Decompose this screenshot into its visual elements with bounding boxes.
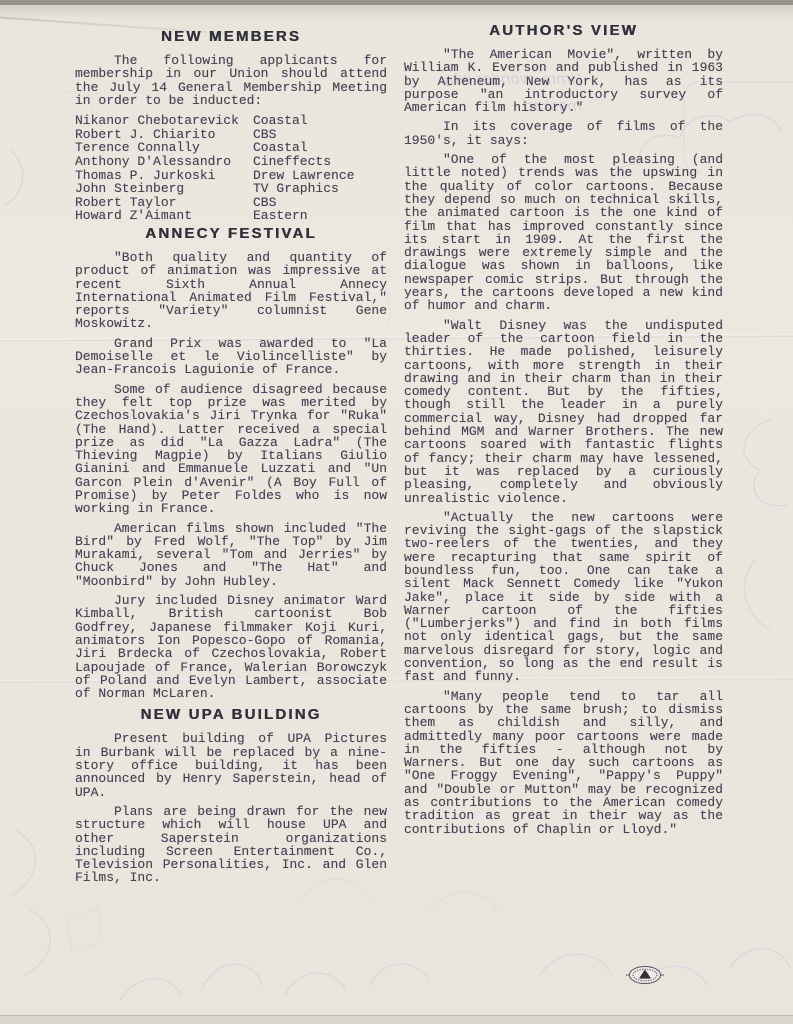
member-name: Nikanor Chebotarevick — [75, 114, 253, 128]
member-row: Howard Z'Aimant Eastern — [75, 209, 387, 223]
member-affiliation: Eastern — [253, 209, 308, 223]
member-name: Terence Connally — [75, 141, 253, 155]
left-column: NEW MEMBERS The following applicants for… — [75, 28, 387, 891]
paragraph: Grand Prix was awarded to "La Demoiselle… — [75, 337, 387, 377]
scan-bottom-edge — [0, 1015, 793, 1024]
member-affiliation: Drew Lawrence — [253, 169, 354, 183]
paragraph: In its coverage of films of the 1950's, … — [404, 120, 723, 147]
member-name: Thomas P. Jurkoski — [75, 169, 253, 183]
new-members-intro: The following applicants for membership … — [75, 54, 387, 107]
paragraph: "Walt Disney was the undisputed leader o… — [404, 319, 723, 505]
member-row: Robert J. Chiarito CBS — [75, 128, 387, 142]
section-authors-view: AUTHOR'S VIEW "The American Movie", writ… — [404, 22, 723, 836]
member-affiliation: Cineffects — [253, 155, 331, 169]
section-annecy-festival: ANNECY FESTIVAL "Both quality and quanti… — [75, 225, 387, 701]
member-affiliation: CBS — [253, 128, 276, 142]
paragraph: Jury included Disney animator Ward Kimba… — [75, 594, 387, 700]
member-row: John Steinberg TV Graphics — [75, 182, 387, 196]
paragraph: Some of audience disagreed because they … — [75, 383, 387, 516]
member-name: Anthony D'Alessandro — [75, 155, 253, 169]
paragraph: "Actually the new cartoons were reviving… — [404, 511, 723, 684]
right-column: AUTHOR'S VIEW "The American Movie", writ… — [404, 22, 723, 842]
union-bug-stamp — [626, 963, 664, 987]
paragraph: "Both quality and quantity of product of… — [75, 251, 387, 331]
member-affiliation: TV Graphics — [253, 182, 339, 196]
paragraph: "The American Movie", written by William… — [404, 48, 723, 114]
member-row: Terence Connally Coastal — [75, 141, 387, 155]
section-new-upa-building: NEW UPA BUILDING Present building of UPA… — [75, 706, 387, 884]
paragraph: "Many people tend to tar all cartoons by… — [404, 690, 723, 836]
section-new-members: NEW MEMBERS The following applicants for… — [75, 28, 387, 223]
section-heading: NEW UPA BUILDING — [75, 706, 387, 723]
section-heading: AUTHOR'S VIEW — [404, 22, 723, 39]
member-row: Nikanor Chebotarevick Coastal — [75, 114, 387, 128]
member-name: Robert Taylor — [75, 196, 253, 210]
member-row: Thomas P. Jurkoski Drew Lawrence — [75, 169, 387, 183]
paragraph: American films shown included "The Bird"… — [75, 522, 387, 588]
member-row: Anthony D'Alessandro Cineffects — [75, 155, 387, 169]
member-name: John Steinberg — [75, 182, 253, 196]
member-affiliation: Coastal — [253, 114, 308, 128]
new-members-list: Nikanor Chebotarevick Coastal Robert J. … — [75, 114, 387, 223]
paragraph: Plans are being drawn for the new struct… — [75, 805, 387, 885]
member-row: Robert Taylor CBS — [75, 196, 387, 210]
section-heading: ANNECY FESTIVAL — [75, 225, 387, 242]
newsletter-page: Hmm, wonder why masked NEW MEMBERS The f… — [0, 0, 793, 1024]
member-affiliation: CBS — [253, 196, 276, 210]
paragraph: "One of the most pleasing (and little no… — [404, 153, 723, 313]
scan-top-shadow — [0, 5, 793, 19]
member-name: Howard Z'Aimant — [75, 209, 253, 223]
member-affiliation: Coastal — [253, 141, 308, 155]
section-heading: NEW MEMBERS — [75, 28, 387, 45]
member-name: Robert J. Chiarito — [75, 128, 253, 142]
paragraph: Present building of UPA Pictures in Burb… — [75, 732, 387, 798]
